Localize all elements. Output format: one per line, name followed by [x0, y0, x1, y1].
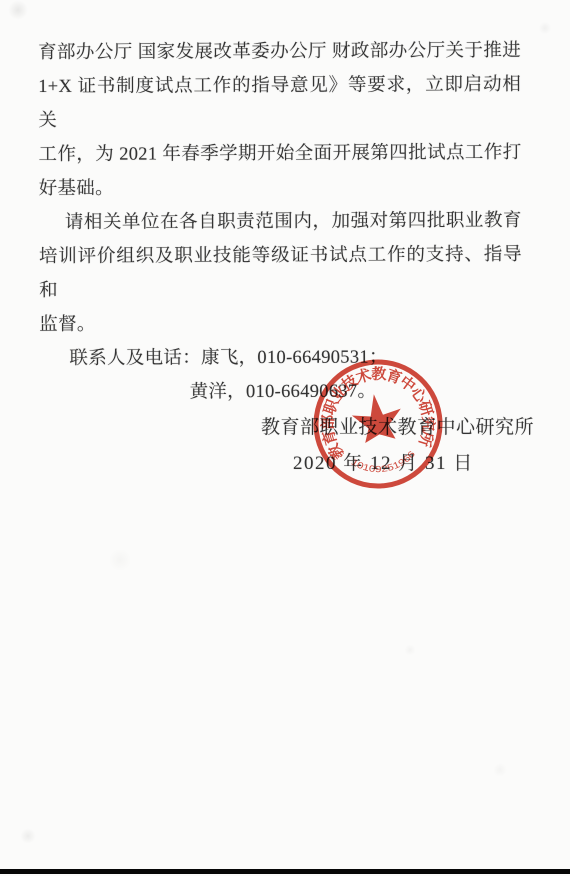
seal-code: 10109251966: [348, 448, 419, 478]
official-seal: 教育部职业技术教育中心研究所 10109251966: [306, 352, 450, 496]
svg-text:10109251966: 10109251966: [348, 448, 419, 478]
body-line: 育部办公厅 国家发展改革委办公厅 财政部办公厅关于推进: [38, 34, 521, 70]
body-line: 1+X 证书制度试点工作的指导意见》等要求，立即启动相关: [38, 68, 521, 138]
contact-line: 联系人及电话：康飞，010-66490531；: [39, 340, 522, 376]
body-line: 好基础。: [39, 170, 522, 206]
body-line: 监督。: [39, 306, 522, 342]
body-line: 培训评价组织及职业技能等级证书试点工作的支持、指导和: [39, 238, 522, 308]
body-line: 请相关单位在各自职责范围内，加强对第四批职业教育: [39, 204, 522, 240]
star-icon: [349, 391, 404, 444]
scanned-letter-page: 育部办公厅 国家发展改革委办公厅 财政部办公厅关于推进 1+X 证书制度试点工作…: [0, 0, 570, 876]
scan-footer-bar: [0, 869, 570, 874]
body-line: 工作，为 2021 年春季学期开始全面开展第四批试点工作打: [38, 136, 521, 172]
contact-line: 黄洋，010-66490637。: [39, 374, 522, 410]
